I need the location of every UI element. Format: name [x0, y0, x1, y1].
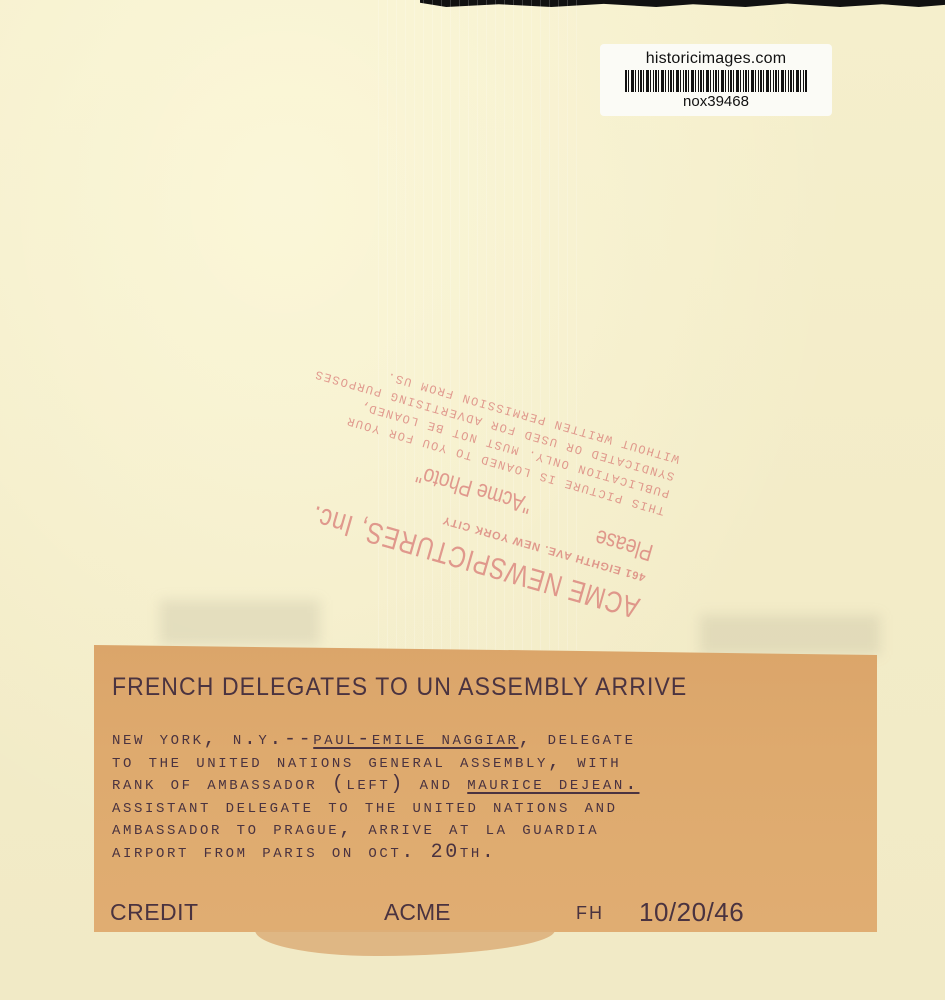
- credit-label: CREDIT: [110, 899, 199, 926]
- caption-line: New York, N.Y.--Paul-Emile Naggiar, dele…: [112, 729, 639, 752]
- label-code: nox39468: [683, 93, 749, 110]
- caption-line: assistant delegate to the United Nations…: [112, 797, 639, 820]
- caption-text: assistant delegate to the United Nations…: [112, 796, 618, 819]
- caption-name: Paul-Emile Naggiar: [313, 728, 518, 751]
- caption-text: , delegate: [518, 728, 635, 751]
- caption-body: New York, N.Y.--Paul-Emile Naggiar, dele…: [112, 729, 639, 864]
- caption-line: rank of Ambassador (left) and Maurice De…: [112, 774, 639, 797]
- label-site: historicimages.com: [646, 50, 787, 68]
- caption-line: Ambassador to Prague, arrive at La Guard…: [112, 819, 639, 842]
- caption-line: Airport from Paris on Oct. 20th.: [112, 842, 639, 865]
- smudge: [700, 615, 880, 655]
- caption-text: Ambassador to Prague, arrive at La Guard…: [112, 818, 599, 841]
- barcode-icon: [625, 70, 807, 92]
- caption-slip: FRENCH DELEGATES TO UN ASSEMBLY ARRIVE N…: [94, 645, 877, 932]
- smudge: [160, 600, 320, 645]
- caption-text: Airport from Paris on Oct. 20th.: [112, 841, 496, 864]
- caption-date: 10/20/46: [639, 897, 744, 928]
- caption-name: Maurice Dejean.: [467, 773, 639, 796]
- caption-text: New York, N.Y.--: [112, 728, 313, 751]
- editor-initials: FH: [576, 903, 604, 924]
- caption-headline: FRENCH DELEGATES TO UN ASSEMBLY ARRIVE: [112, 673, 687, 702]
- caption-text: rank of Ambassador (left) and: [112, 773, 467, 796]
- credit-agency: ACME: [384, 899, 450, 926]
- archive-label: historicimages.com nox39468: [600, 44, 832, 116]
- caption-text: to the United Nations General Assembly, …: [112, 751, 621, 774]
- caption-line: to the United Nations General Assembly, …: [112, 752, 639, 775]
